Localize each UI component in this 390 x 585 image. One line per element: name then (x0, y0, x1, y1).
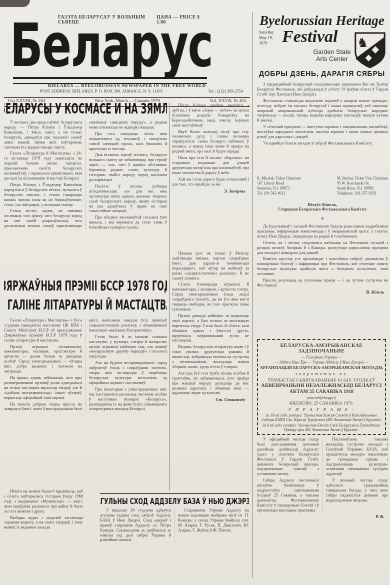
paragraph: Сёлета, як і леташ, спадзяемся пабачыць … (257, 240, 388, 255)
paragraph: Ня цяжка, аднак, заўважыць, што пры разь… (4, 375, 82, 400)
event-line-2: АБВЕШЧАНЬНЯ НЕЗАЛЕЖНАСЬЦІ БЕЛАРУСІ (259, 383, 384, 389)
greeting-headline: ДОБРЫ ДЗЕНЬ, ДАРАГІЯ СЯБРЫ (256, 71, 388, 81)
paragraph: Камітэт просіць усе арганізацыі і паасоб… (257, 257, 388, 277)
cosmos-signature: Э. Загорны (172, 188, 249, 193)
greeting-signature: В. Кіпель (257, 289, 388, 294)
masthead-address-row: POST ADDRESS: BIELARUS, P. O. BOX 309, J… (4, 89, 250, 96)
invite-line: запрашаюць на (259, 372, 384, 377)
post-address: POST ADDRESS: BIELARUS, P. O. BOX 309, J… (40, 89, 163, 94)
contact-right: M. Bachar, Ticket Vice Chairman95 W. Kos… (337, 176, 388, 196)
event-line-3: АКТАМ 25 САКАВІКА 1918 (259, 389, 384, 395)
paragraph: У сёлетняй праграме — выступы харавых і … (257, 125, 388, 140)
paragraph: Ведама, беларуская літаратура жыве і ў т… (172, 345, 249, 370)
svg-text:♞: ♞ (357, 35, 369, 50)
paragraph: У нядзелю 28 студзеня адбыўся агульны га… (100, 508, 171, 543)
org-name-4: АРГАНІЗАЦЫЯ БЕЛАРУСКА-АМЭРЫКАНСКАЯ МОЛАД… (259, 365, 384, 370)
program-label: У П Р А Г Р А М Е : (259, 407, 384, 412)
anniversary-announcement-box: БЕЛАРУСКА-АМЭРЫКАНСКАЕ ЗАДЗІНОЧАНЬНЕ — Г… (257, 339, 386, 435)
prizes-article-body: Газэта «Літаратура і Мастацтва» з 19-га … (4, 318, 167, 488)
event-line-1: ЎРАЧЫСТАЕ СЬВЯТКАВАНЬНЕ 61-ЫХ УГОДКАЎ (259, 378, 384, 383)
paragraph: Хай-жа гэтая дарога будзе шчасьлівай і д… (172, 177, 249, 187)
phone-number: Tel.: (212) 269-2554 (208, 89, 243, 94)
org-name-2: — Галоўная Управа — (259, 355, 384, 360)
paragraph: Пётра Клімук двойчы вяртаўся з арбіты, і… (172, 103, 249, 128)
baza-signature: Р. В. (257, 514, 388, 519)
paragraph: Узгадняйце білеты загадзя ў сяброў Фесты… (257, 141, 388, 146)
festival-contacts: K. Mierlak, Ticket Chairman167 Liberty R… (257, 176, 388, 202)
paragraph: У афіцыйнай частцы сходу былі разгледжан… (257, 437, 319, 477)
paragraph: Выбары журы і надалей застаюцца справаю … (4, 515, 83, 530)
venue-line-2: Arts Center (304, 56, 360, 63)
paragraph: Палёты ў космас робяцца штодзённасьцю, а… (89, 184, 167, 214)
when-label: што адбудзецца ў (259, 396, 384, 401)
scan-artifact (0, 0, 30, 7)
paragraph: Пра абодвух касманаўтаў пісалася ўжо ням… (89, 215, 167, 230)
paragraph: Да ўдзельнікаў і гасьцей Фестывалю будуц… (257, 224, 388, 239)
newspaper-front-page: ГАЗЭТА БЕЛАРУСАЎ У ВОЛЬНЫМ СЬВЕЦЕ ЦАНА —… (0, 0, 390, 585)
festival-script-bottom: Festival (282, 27, 338, 47)
paragraph: Але пра ўсё гэта трэба пісаць асобна й г… (172, 371, 249, 396)
paragraph: Піша пра гэта й часапіс «Бярозка»: на ст… (172, 156, 249, 176)
festival-signature: Вітаўт Кіпель, Старшыня Беларускага Фест… (257, 202, 388, 216)
paragraph: У вольнай частцы сходу адбылася традыцый… (326, 478, 388, 503)
paragraph: Але ня будзем несправядлівымі: сярод ляў… (89, 361, 167, 386)
paragraph: Сёлета ўзнагароды атрымалі й кампазытары… (172, 282, 249, 312)
when-value: НЯДЗЕЛЮ, 25 САКАВІКА 1979. (259, 401, 384, 406)
text-line: Tel. 201-545-4912 (257, 191, 301, 196)
prizes-article-column3: Цікавая рэч: як толькі ў Менску зьяўляец… (172, 251, 249, 491)
paragraph: (а 6-ай гадз. вечара): Урачыстая Бяседа … (261, 423, 382, 432)
cosmos-headline: БЕЛАРУСЫ Ў КОСМАСЕ Й НА ЗЯМЛІ (4, 102, 167, 119)
paragraph: Пастаноўлена таксама наладзіць сустрэчы … (326, 437, 388, 477)
paragraph: Сябры Аддзелу пастанавілі актыўна ўключы… (257, 478, 319, 513)
paragraph: Пра некаторыя з узнагароджаных кніг мы п… (89, 387, 167, 412)
paragraph: Старшынём Управы Аддзелу на новую кадэнц… (178, 508, 249, 533)
paragraph: Дык вітаючы герояў космасу, беларусы вол… (89, 153, 167, 183)
main-column-divider (252, 12, 253, 578)
paragraph: Цікавая рэч: як толькі ў Менску зьяўляец… (172, 251, 249, 281)
third-column-divider (169, 103, 170, 491)
newspaper-title: Беларус (10, 18, 213, 74)
text-line: Telephone: 201-257-9256 (337, 191, 388, 196)
paragraph: Фестываль становіцца выдатнаю падзеяй у … (257, 98, 388, 123)
contact-left: K. Mierlak, Ticket Chairman167 Liberty R… (257, 176, 301, 196)
cosmos-article-column3: Пётра Клімук двойчы вяртаўся з арбіты, і… (172, 103, 249, 249)
paragraph: У космасе два прадстаўнікі беларускага н… (4, 120, 82, 150)
greeting-intro-text: З традыцыйнай беларускай гасьціннасьцю з… (257, 82, 388, 176)
pahonia-crest-icon: ♞ (354, 31, 386, 71)
section-divider-ornament: ✳ (257, 216, 388, 223)
masthead-subtitle: BIELARUS — BYELORUSSIAN NEWSPAPER IN THE… (48, 83, 206, 88)
newspaper-logo: Беларус (10, 18, 250, 78)
paragraph: Просім далучацца да супольнае працы — і … (257, 278, 388, 288)
paragraph: Прэміі даюцца найперш за вернасьць лініі… (172, 313, 249, 343)
prizes-headline: ДЗЯРЖАЎНЫЯ ПРЭМІІ БССР 1978 ГОДУ Ў ГАЛІН… (4, 276, 167, 316)
paragraph: З традыцыйнай беларускай гасьціннасьцю з… (257, 82, 388, 97)
festival-banner: Byelorussian Heritage SaturdayMay 19,197… (256, 13, 388, 71)
baza-headline: АГУЛЬНЫ СХОД АДДЗЕЛУ БАЗА Ў НЬЮ ДЖЭРЗІ (100, 493, 249, 508)
org-name-3: — Аддзел Нью Ёрк — Управа Аддзелу ў Нью … (259, 360, 384, 365)
paragraph: (а 10-ай гадз. раніцы): Урачыстая Божая … (261, 413, 382, 422)
paragraph: Нічога ня можна было-б прыкінуць, каб і … (4, 489, 83, 514)
paragraph: Якуб Колас калісьці пісаў пра сілу чалав… (172, 129, 249, 154)
paragraph: Прэміі атрымалі пісьменьнікі, кампазытар… (4, 344, 82, 374)
greeting-more-text: Да ўдзельнікаў і гасьцей Фестывалю будуц… (257, 224, 388, 338)
signature-role: Старшыня Беларускага Фестывальнага Каміт… (257, 207, 388, 212)
paragraph: Гэтак было й зь іншымі галінамі мастацтв… (89, 334, 167, 359)
program-lines: (а 10-ай гадз. раніцы): Урачыстая Божая … (259, 413, 384, 432)
festival-venue: Garden State Arts Center (304, 49, 360, 63)
paragraph: Пётра Клімук і Ўладзімер Кавалёнак нарад… (4, 182, 82, 207)
paragraph: Газэта «Літаратура й Мастацтва» з 24-га … (4, 151, 82, 181)
paragraph: Пра гэта сьведчаць лісты, якія атрымліва… (89, 131, 167, 151)
org-name-1: БЕЛАРУСКА-АМЭРЫКАНСКАЕ ЗАДЗІНОЧАНЬНЕ (259, 343, 384, 354)
baza-article-body: У нядзелю 28 студзеня адбыўся агульны га… (100, 508, 249, 578)
cosmos-article-body: У космасе два прадстаўнікі беларускага н… (4, 120, 167, 273)
prizes-article-column1-tail: Нічога ня можна было-б прыкінуць, каб і … (4, 489, 83, 575)
paragraph: Газэта «Літаратура і Мастацтва» з 19-га … (4, 318, 82, 343)
prizes-signature: Ст. Станкевіч (172, 397, 249, 402)
venue-line-1: Garden State (304, 49, 360, 56)
baza-article-continuation: У афіцыйнай частцы сходу былі разгледжан… (257, 437, 388, 579)
